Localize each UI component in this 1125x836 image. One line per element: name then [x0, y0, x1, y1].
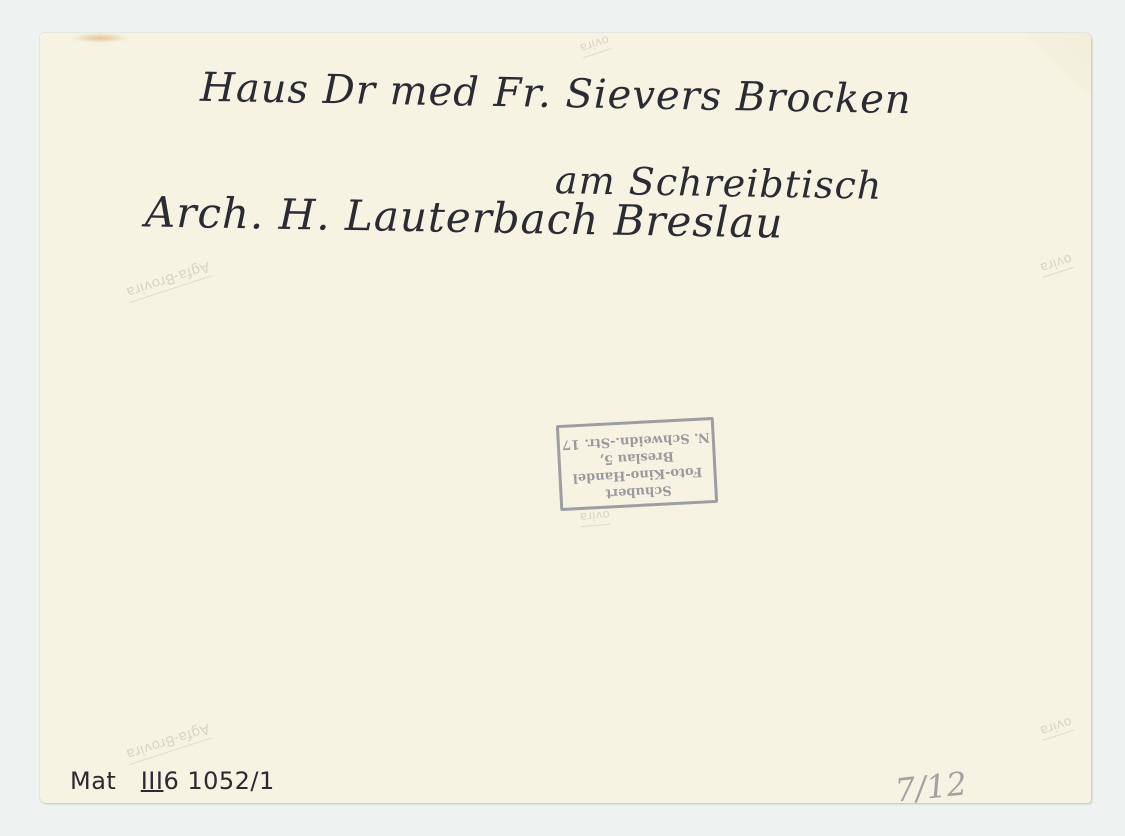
archive-number-rest: 6 1052/1	[163, 767, 274, 795]
stain-mark	[70, 33, 130, 43]
watermark-agfa-brovira: Agfa-Brovira	[124, 720, 212, 765]
folded-corner	[1021, 33, 1091, 93]
watermark-brovira: ovira	[1038, 713, 1075, 740]
archive-prefix: Mat	[70, 767, 116, 795]
watermark-brovira: ovira	[579, 508, 610, 528]
handwritten-architect-line: Arch. H. Lauterbach Breslau	[145, 187, 784, 247]
photo-back-card: Agfa-Brovira ovira Agfa-Brovira ovira ov…	[40, 33, 1091, 803]
archive-number: Mat III6 1052/1	[70, 767, 275, 795]
handwritten-caption-line-1: Haus Dr med Fr. Sievers Brocken	[200, 65, 912, 123]
photographer-stamp: Schubert Foto-Kino-Handel Breslau 5, N. …	[556, 417, 718, 511]
watermark-brovira: ovira	[1038, 250, 1075, 277]
pencil-note: 7/12	[893, 764, 968, 803]
watermark-brovira: ovira	[578, 33, 612, 58]
archive-roman-numeral: III	[141, 767, 164, 795]
watermark-agfa-brovira: Agfa-Brovira	[124, 258, 212, 303]
